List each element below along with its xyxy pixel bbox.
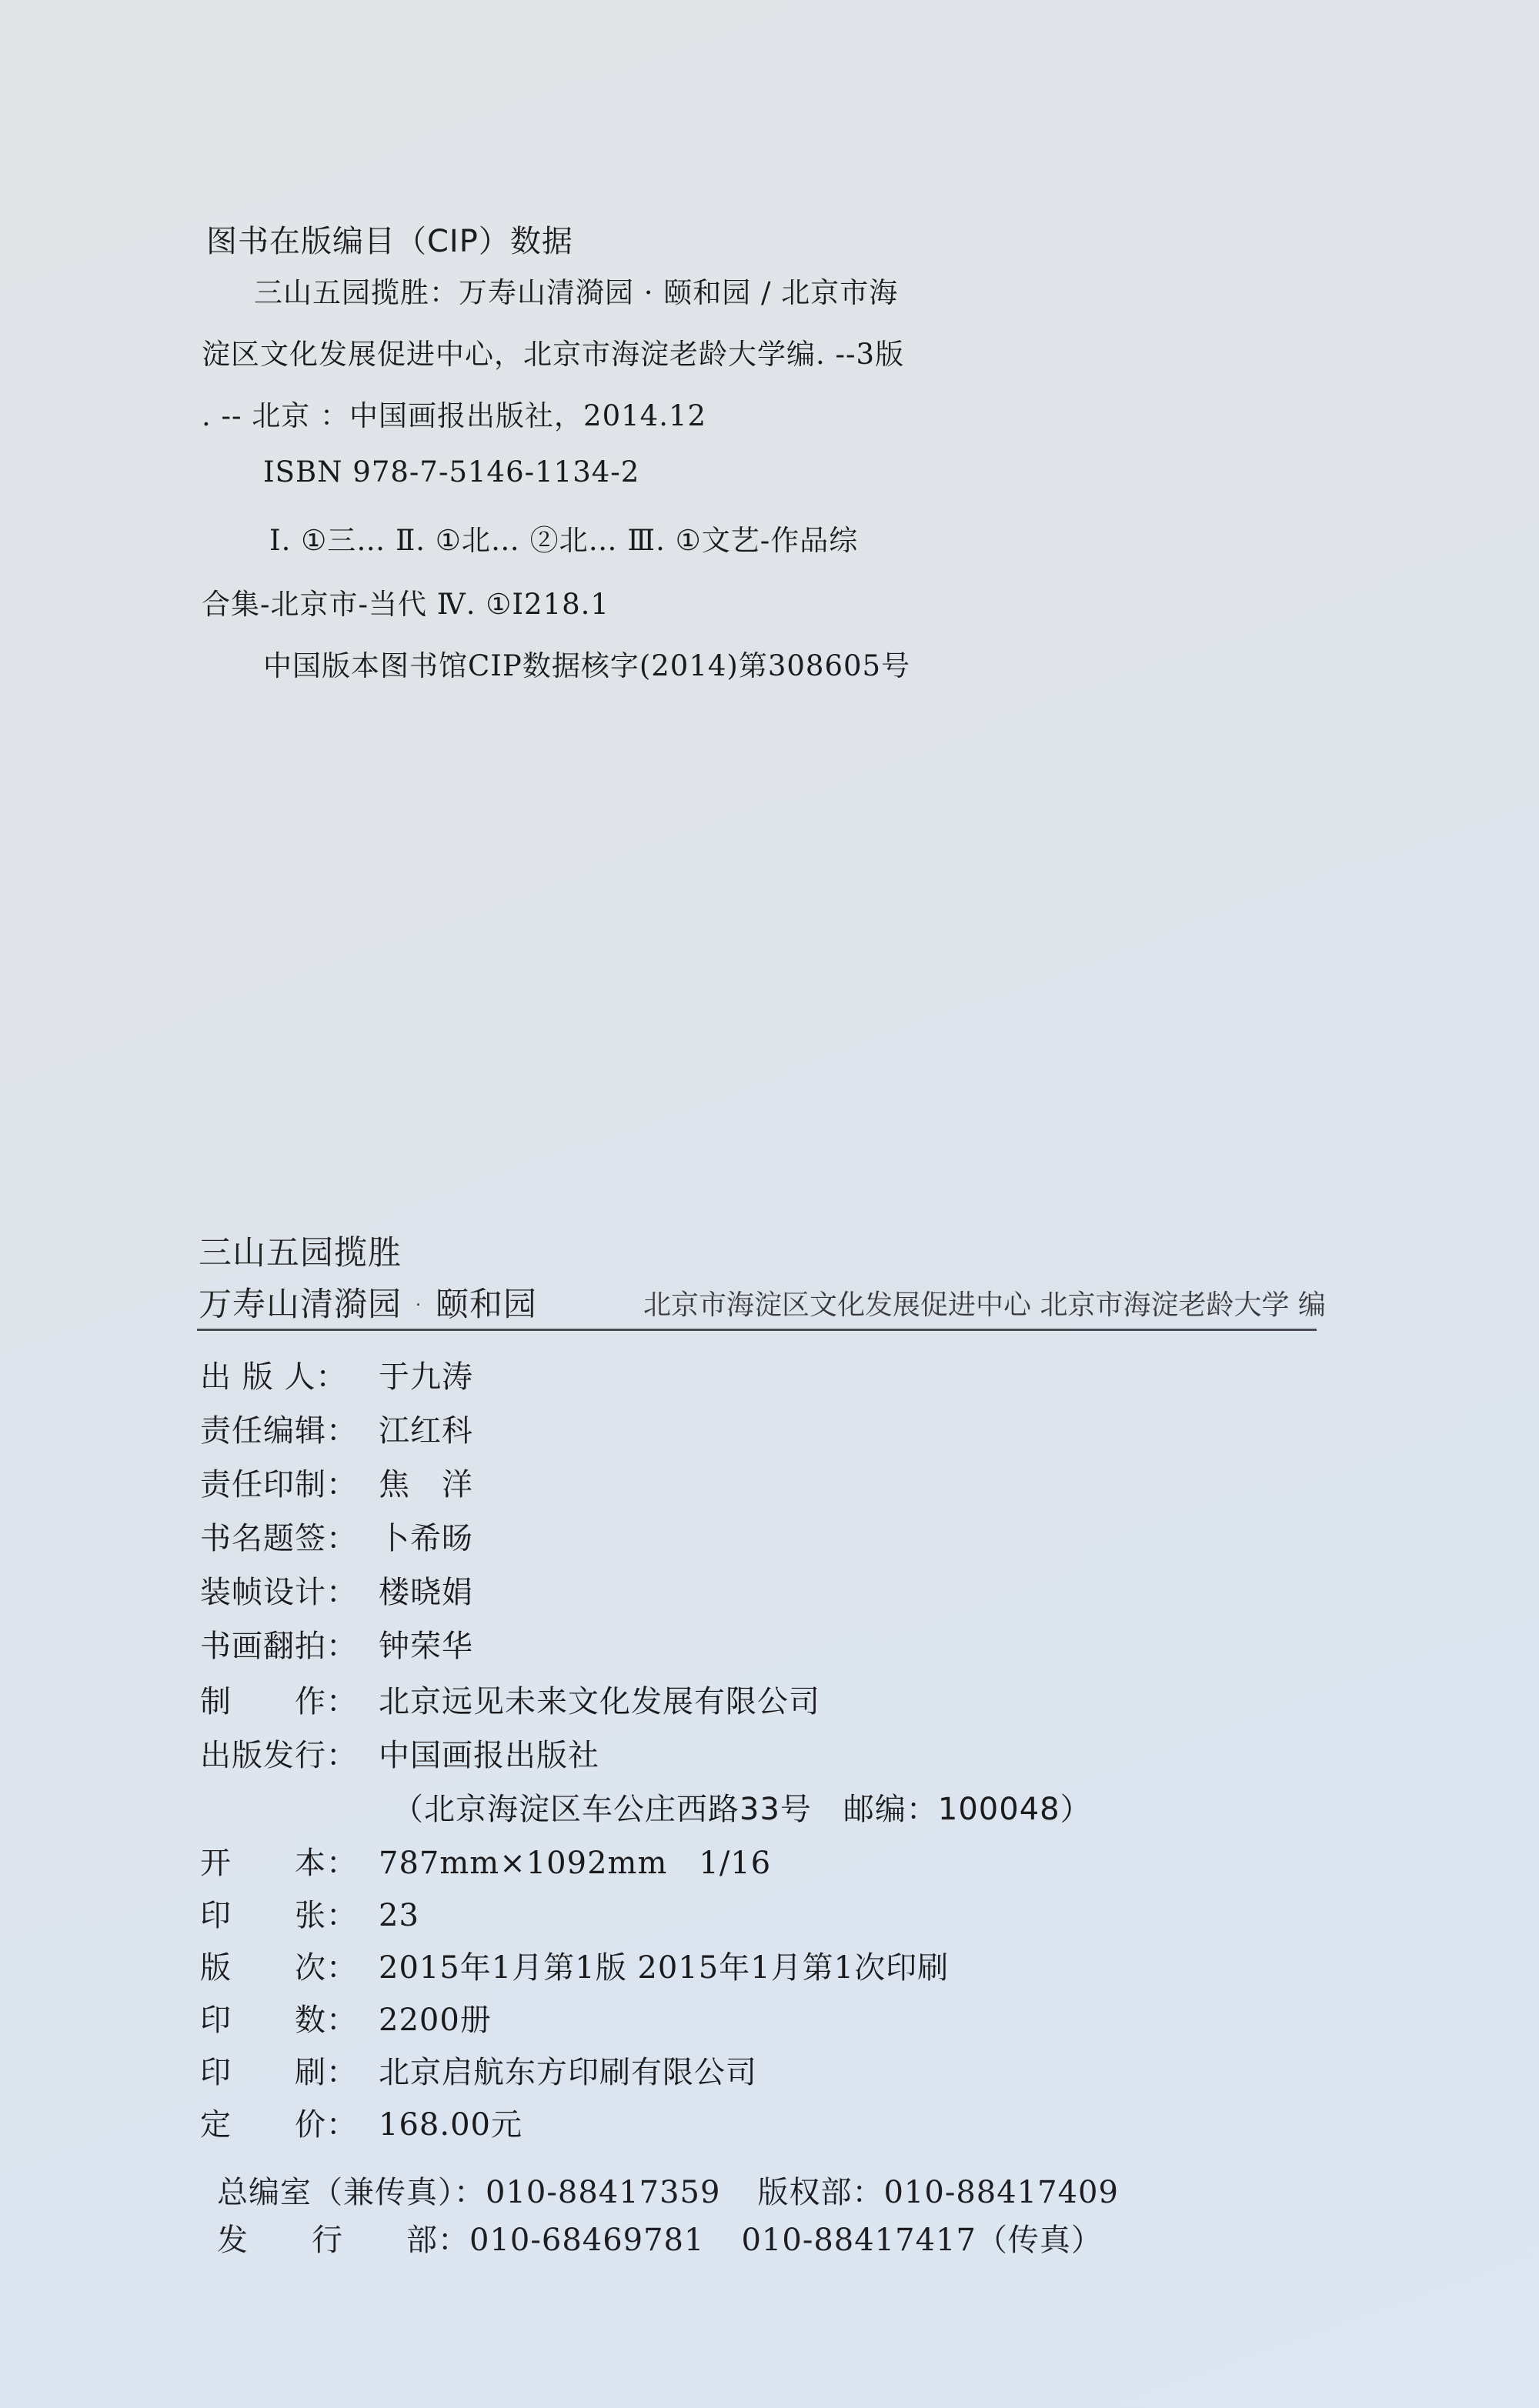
spec-label: 印 刷： [200,2048,379,2092]
cip-line-record-number: 中国版本图书馆CIP数据核字(2014)第308605号 [263,642,910,684]
spec-row-format: 开 本： 787mm×1092mm 1/16 [200,1839,771,1883]
spec-row-print-run: 印 数： 2200册 [200,1996,492,2039]
contact-phone: 010-68469781 [469,2223,704,2258]
credit-value: 北京远见未来文化发展有限公司 [379,1677,820,1721]
cip-line-classification-cont: 合集-北京市-当代 Ⅳ. ①I218.1 [202,581,609,622]
book-editors: 北京市海淀区文化发展促进中心 北京市海淀老龄大学 编 [643,1283,1326,1322]
contact-label: 总编室（兼传真）： [217,2175,486,2210]
contact-label-copyright: 版权部： [757,2175,883,2210]
credit-value: 卜希旸 [379,1514,473,1558]
spec-label: 定 价： [200,2100,379,2144]
credit-row-photography: 书画翻拍： 钟荣华 [200,1622,473,1666]
credit-row-production: 制 作： 北京远见未来文化发展有限公司 [200,1677,820,1721]
cip-line-classification: Ⅰ. ①三… Ⅱ. ①北… ②北… Ⅲ. ①文艺-作品综 [269,517,858,559]
credit-row-publisher: 出 版 人： 于九涛 [200,1352,473,1396]
credit-value: 钟荣华 [379,1622,473,1666]
cip-heading: 图书在版编目（CIP）数据 [206,217,573,261]
credit-row-title-calligraphy: 书名题签： 卜希旸 [200,1514,473,1558]
spec-row-edition: 版 次： 2015年1月第1版 2015年1月第1次印刷 [200,1943,949,1987]
spec-row-sheets: 印 张： 23 [200,1891,419,1935]
spec-value: 787mm×1092mm 1/16 [379,1839,771,1883]
spec-label: 开 本： [200,1839,379,1883]
cip-line-isbn: ISBN 978-7-5146-1134-2 [263,455,639,489]
cip-line-publisher: . -- 北京 ：中国画报出版社，2014.12 [202,392,706,434]
contact-row-editorial: 总编室（兼传真）：010-88417359版权部：010-88417409 [217,2168,1119,2212]
credit-value: 焦 洋 [379,1460,473,1504]
book-title: 三山五园揽胜 [199,1227,402,1274]
credit-label: 书名题签： [200,1514,379,1558]
cip-line-title: 三山五园揽胜：万寿山清漪园 · 颐和园 / 北京市海 [254,269,898,311]
spec-label: 印 数： [200,1996,379,2039]
credit-value: 楼晓娟 [379,1568,473,1612]
spec-value: 北京启航东方印刷有限公司 [379,2048,757,2092]
spec-label: 版 次： [200,1943,379,1987]
credit-value: 江红科 [379,1406,473,1450]
contact-label: 发 行 部： [217,2223,469,2258]
credit-label: 出 版 人： [200,1352,379,1396]
publisher-address: （北京海淀区车公庄西路33号 邮编：100048） [392,1785,1092,1829]
contact-row-distribution: 发 行 部：010-68469781010-88417417（传真） [217,2216,1103,2260]
book-subtitle: 万寿山清漪园 · 颐和园 [199,1279,537,1326]
spec-label: 印 张： [200,1891,379,1935]
credit-label: 书画翻拍： [200,1622,379,1666]
credit-label: 制 作： [200,1677,379,1721]
credit-row-design: 装帧设计： 楼晓娟 [200,1568,473,1612]
credit-value: 中国画报出版社 [379,1731,599,1775]
contact-phone-fax: 010-88417417（传真） [741,2223,1102,2258]
credit-label: 装帧设计： [200,1568,379,1612]
contact-phone: 010-88417409 [883,2175,1118,2210]
credit-row-distributor: 出版发行： 中国画报出版社 [200,1731,599,1775]
spec-value: 23 [379,1898,419,1933]
spec-row-price: 定 价： 168.00元 [200,2100,522,2144]
spec-value: 2200册 [379,1996,492,2039]
credit-label: 责任印制： [200,1460,379,1504]
header-rule-divider [197,1329,1317,1331]
credit-value: 于九涛 [379,1352,473,1396]
credit-label: 责任编辑： [200,1406,379,1450]
spec-value: 168.00元 [379,2100,522,2144]
contact-phone: 010-88417359 [486,2175,720,2210]
credit-label: 出版发行： [200,1731,379,1775]
credit-row-print-supervisor: 责任印制： 焦 洋 [200,1460,473,1504]
credit-row-editor: 责任编辑： 江红科 [200,1406,473,1450]
spec-value: 2015年1月第1版 2015年1月第1次印刷 [379,1943,949,1987]
cip-line-editors: 淀区文化发展促进中心，北京市海淀老龄大学编. --3版 [202,331,904,372]
spec-row-printer: 印 刷： 北京启航东方印刷有限公司 [200,2048,757,2092]
